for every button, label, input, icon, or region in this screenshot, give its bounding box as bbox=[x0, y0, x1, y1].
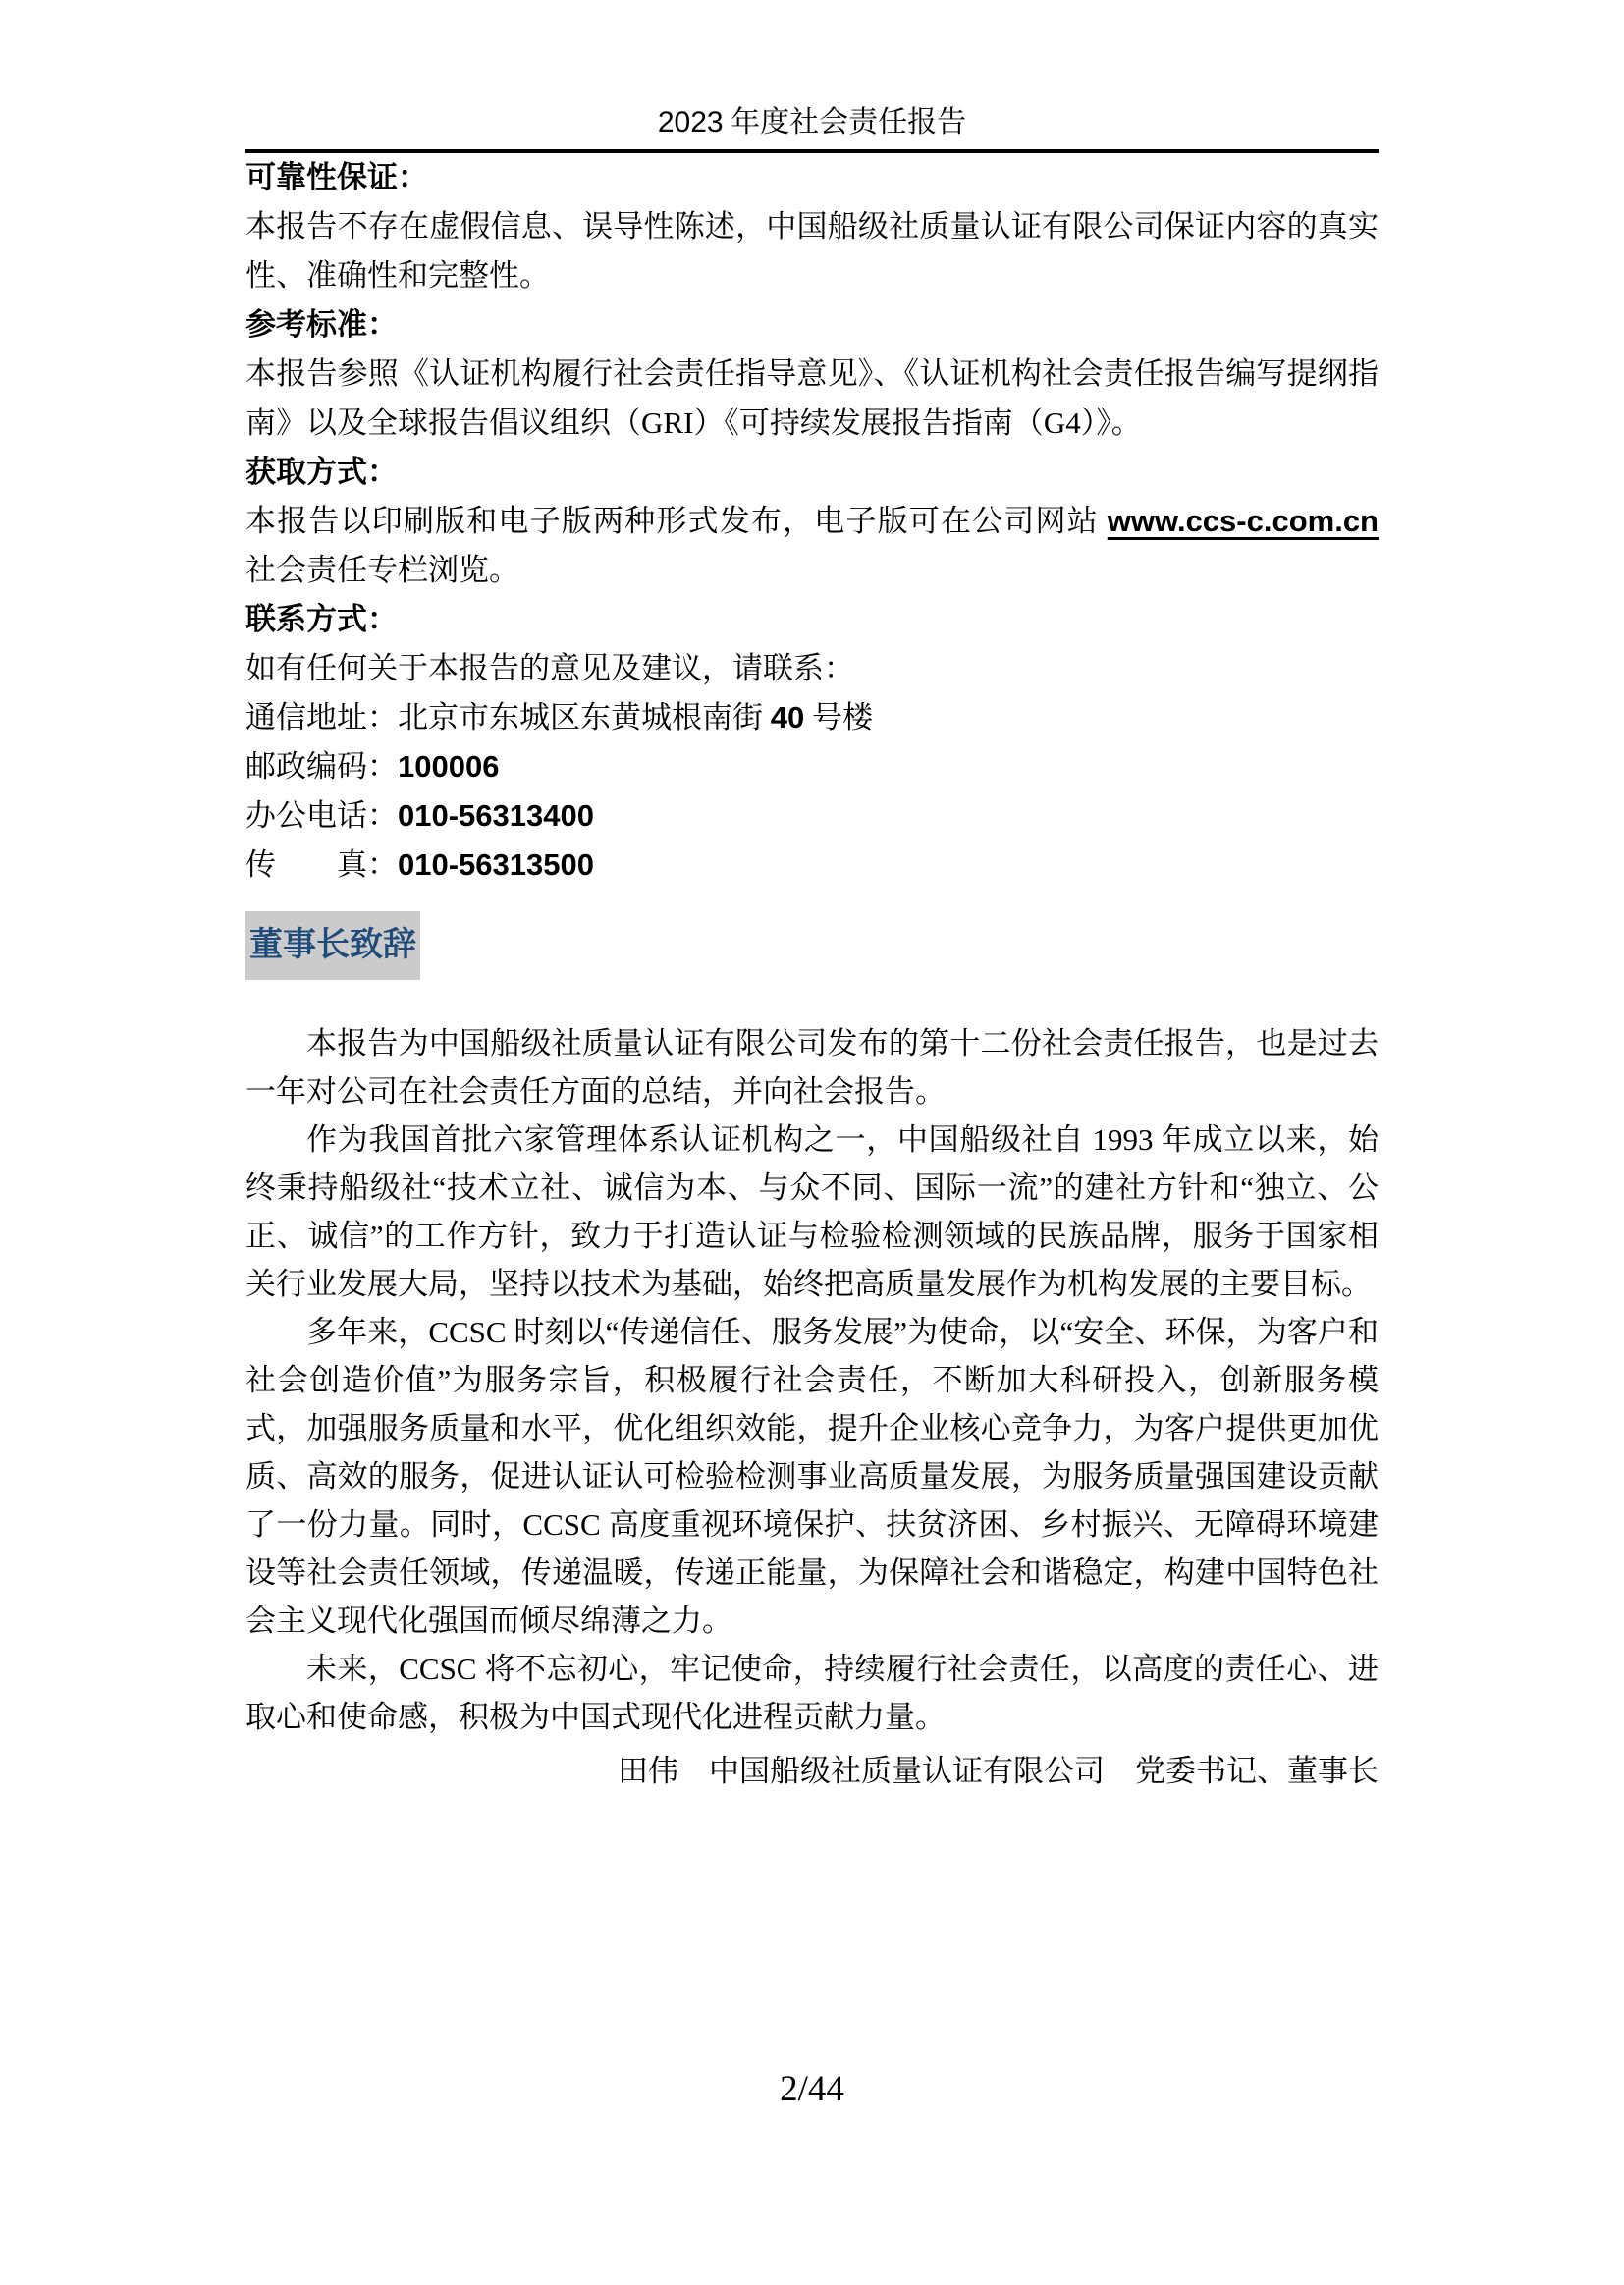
access-body-text-before: 本报告以印刷版和电子版两种形式发布，电子版可在公司网站 bbox=[245, 504, 1108, 538]
chairman-section-title: 董事长致辞 bbox=[245, 911, 420, 980]
chairman-paragraph-3: 多年来，CCSC 时刻以“传递信任、服务发展”为使命，以“安全、环保，为客户和社… bbox=[245, 1308, 1379, 1645]
page-body: 可靠性保证： 本报告不存在虚假信息、误导性陈述，中国船级社质量认证有限公司保证内… bbox=[245, 153, 1379, 1741]
reference-body: 本报告参照《认证机构履行社会责任指导意见》、《认证机构社会责任报告编写提纲指南》… bbox=[245, 350, 1379, 448]
access-heading: 获取方式： bbox=[245, 448, 1379, 497]
document-page: 2023 年度社会责任报告 可靠性保证： 本报告不存在虚假信息、误导性陈述，中国… bbox=[0, 0, 1624, 2285]
reference-heading: 参考标准： bbox=[245, 300, 1379, 350]
access-body: 本报告以印刷版和电子版两种形式发布，电子版可在公司网站 www.ccs-c.co… bbox=[245, 497, 1379, 595]
contact-address-label: 通信地址： bbox=[245, 700, 398, 734]
contact-fax-row: 传 真：010-56313500 bbox=[245, 841, 1379, 890]
contact-address-suffix: 号楼 bbox=[804, 700, 873, 734]
page-header: 2023 年度社会责任报告 bbox=[245, 0, 1379, 153]
page-number: 2/44 bbox=[0, 2068, 1624, 2110]
contact-phone-row: 办公电话：010-56313400 bbox=[245, 791, 1379, 841]
header-year: 2023 bbox=[658, 106, 724, 138]
access-body-text-after: 社会责任专栏浏览。 bbox=[245, 553, 519, 587]
contact-address-value: 北京市东城区东黄城根南街 bbox=[398, 700, 771, 734]
chairman-signature: 田伟 中国船级社质量认证有限公司 党委书记、董事长 bbox=[245, 1747, 1379, 1796]
contact-address-row: 通信地址：北京市东城区东黄城根南街 40 号楼 bbox=[245, 693, 1379, 742]
contact-phone-value: 010-56313400 bbox=[398, 798, 594, 833]
contact-heading: 联系方式： bbox=[245, 595, 1379, 644]
contact-postal-value: 100006 bbox=[398, 749, 499, 784]
reliability-heading: 可靠性保证： bbox=[245, 153, 1379, 202]
contact-intro: 如有任何关于本报告的意见及建议，请联系： bbox=[245, 644, 1379, 693]
contact-address-number: 40 bbox=[771, 700, 804, 734]
chairman-section: 董事长致辞 bbox=[245, 911, 1379, 980]
company-website-link[interactable]: www.ccs-c.com.cn bbox=[1108, 504, 1379, 538]
contact-postal-row: 邮政编码：100006 bbox=[245, 742, 1379, 791]
chairman-paragraph-4: 未来，CCSC 将不忘初心，牢记使命，持续履行社会责任，以高度的责任心、进取心和… bbox=[245, 1645, 1379, 1741]
chairman-speech: 本报告为中国船级社质量认证有限公司发布的第十二份社会责任报告，也是过去一年对公司… bbox=[245, 1019, 1379, 1741]
contact-fax-label: 传 真： bbox=[245, 847, 398, 882]
contact-postal-label: 邮政编码： bbox=[245, 749, 398, 784]
reliability-body: 本报告不存在虚假信息、误导性陈述，中国船级社质量认证有限公司保证内容的真实性、准… bbox=[245, 202, 1379, 300]
chairman-paragraph-2: 作为我国首批六家管理体系认证机构之一，中国船级社自 1993 年成立以来，始终秉… bbox=[245, 1115, 1379, 1308]
header-title: 年度社会责任报告 bbox=[724, 106, 967, 138]
contact-fax-value: 010-56313500 bbox=[398, 847, 594, 882]
contact-phone-label: 办公电话： bbox=[245, 798, 398, 833]
chairman-paragraph-1: 本报告为中国船级社质量认证有限公司发布的第十二份社会责任报告，也是过去一年对公司… bbox=[245, 1019, 1379, 1115]
